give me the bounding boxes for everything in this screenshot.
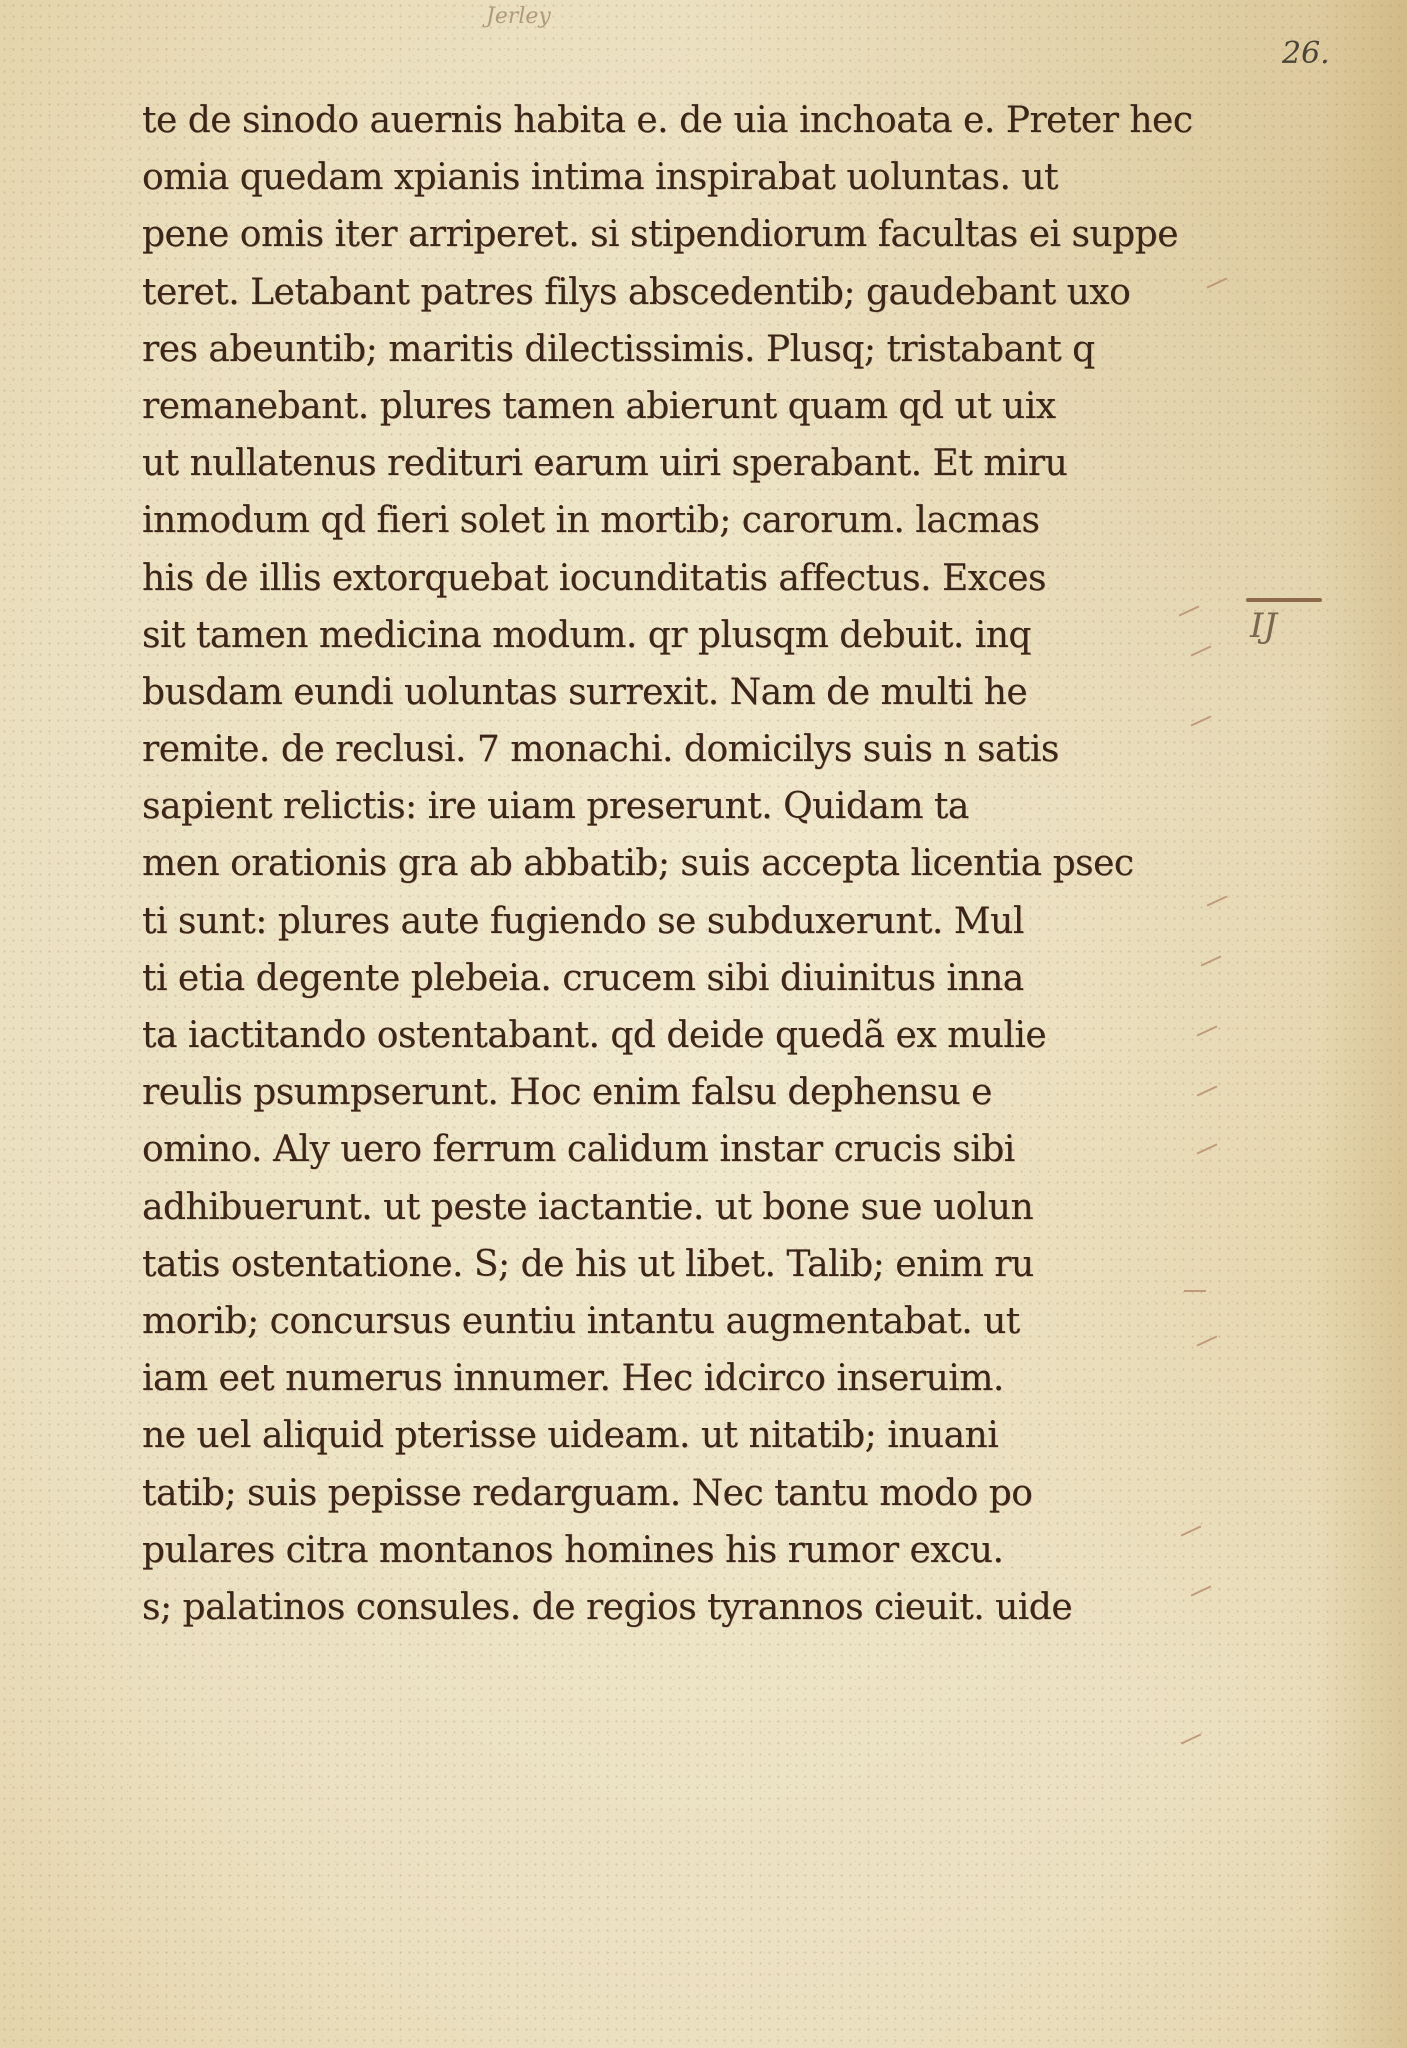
folio-number: 26.	[1282, 36, 1330, 71]
text-line: pene omis iter arriperet. si stipendioru…	[142, 206, 1202, 263]
text-line: omino. Aly uero ferrum calidum instar cr…	[142, 1121, 1202, 1178]
text-line: sapient relictis: ire uiam preserunt. Qu…	[142, 778, 1202, 835]
text-line: adhibuerunt. ut peste iactantie. ut bone…	[142, 1179, 1202, 1236]
text-line: tatib; suis pepisse redarguam. Nec tantu…	[142, 1465, 1202, 1522]
annotation-stroke	[1246, 598, 1322, 602]
text-line: teret. Letabant patres filys abscedentib…	[142, 264, 1202, 321]
text-line: iam eet numerus innumer. Hec idcirco ins…	[142, 1350, 1202, 1407]
text-line: remanebant. plures tamen abierunt quam q…	[142, 378, 1202, 435]
text-line: ti etia degente plebeia. crucem sibi diu…	[142, 950, 1202, 1007]
manuscript-text-block: te de sinodo auernis habita e. de uia in…	[142, 92, 1202, 1636]
text-line: reulis psumpserunt. Hoc enim falsu dephe…	[142, 1064, 1202, 1121]
text-line: men orationis gra ab abbatib; suis accep…	[142, 835, 1202, 892]
text-line: res abeuntib; maritis dilectissimis. Plu…	[142, 321, 1202, 378]
text-line: pulares citra montanos homines his rumor…	[142, 1522, 1202, 1579]
text-line: ne uel aliquid pterisse uideam. ut nitat…	[142, 1407, 1202, 1464]
line-end-mark	[1184, 1290, 1206, 1292]
line-end-mark	[1181, 1733, 1202, 1744]
marginal-annotation: IJ	[1240, 590, 1320, 660]
text-line: his de illis extorquebat iocunditatis af…	[142, 550, 1202, 607]
manuscript-page: Jerley 26. te de sinodo auernis habita e…	[0, 0, 1407, 2048]
text-line: omia quedam xpianis intima inspirabat uo…	[142, 149, 1202, 206]
top-margin-note: Jerley	[486, 4, 551, 29]
line-end-mark	[1201, 955, 1222, 966]
text-line: ti sunt: plures aute fugiendo se subduxe…	[142, 893, 1202, 950]
page-edge-shadow	[1317, 0, 1407, 2048]
text-line: morib; concursus euntiu intantu augmenta…	[142, 1293, 1202, 1350]
text-line: ta iactitando ostentabant. qd deide qued…	[142, 1007, 1202, 1064]
text-line: tatis ostentatione. S; de his ut libet. …	[142, 1236, 1202, 1293]
text-line: te de sinodo auernis habita e. de uia in…	[142, 92, 1202, 149]
text-line: inmodum qd fieri solet in mortib; caroru…	[142, 492, 1202, 549]
annotation-glyph: IJ	[1250, 606, 1277, 646]
line-end-mark	[1207, 277, 1228, 288]
text-line: sit tamen medicina modum. qr plusqm debu…	[142, 607, 1202, 664]
text-line: ut nullatenus redituri earum uiri sperab…	[142, 435, 1202, 492]
text-line: remite. de reclusi. 7 monachi. domicilys…	[142, 721, 1202, 778]
text-line: busdam eundi uoluntas surrexit. Nam de m…	[142, 664, 1202, 721]
text-line: s; palatinos consules. de regios tyranno…	[142, 1579, 1202, 1636]
line-end-mark	[1207, 895, 1228, 906]
